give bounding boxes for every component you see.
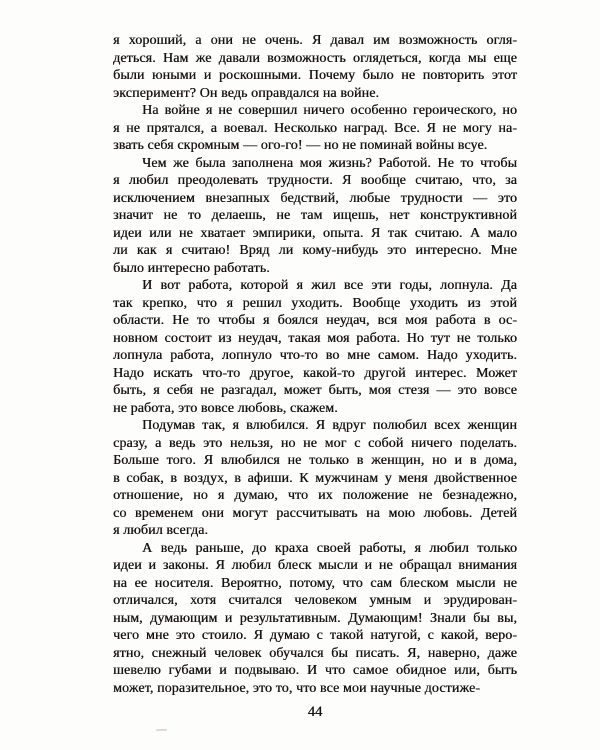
text-line: лопнула работа, лопнуло что-то во мне са… (113, 347, 517, 365)
text-line: Чем же была заполнена моя жизнь? Работой… (113, 155, 517, 173)
text-line: шевелю губами и подвываю. И что самое об… (113, 662, 517, 680)
text-line: деться. Нам же давали возможность огляде… (113, 50, 517, 68)
text-line: Подумав так, я влюбился. Я вдруг полюбил… (113, 417, 517, 435)
text-line: звать себя скромным — ого-го! — но не по… (113, 137, 517, 155)
text-line: области. Не то чтобы я боялся неудач, вс… (113, 312, 517, 330)
text-line: я любил преодолевать трудности. Я вообще… (113, 172, 517, 190)
page-number: 44 (113, 704, 517, 721)
book-page: я хороший, а они не очень. Я давал им во… (0, 0, 600, 750)
text-line: на ее носителя. Вероятно, потому, что са… (113, 575, 517, 593)
text-line: я любил всегда. (113, 522, 517, 540)
text-line: были юными и роскошными. Почему было не … (113, 67, 517, 85)
text-line: На войне я не совершил ничего особенно г… (113, 102, 517, 120)
text-line: эксперимент? Он ведь оправдался на войне… (113, 85, 517, 103)
text-line: А ведь раньше, до краха своей работы, я … (113, 540, 517, 558)
text-line: ным, думающим и результативным. Думающим… (113, 610, 517, 628)
text-line: я не прятался, а воевал. Несколько награ… (113, 120, 517, 138)
page-text: я хороший, а они не очень. Я давал им во… (113, 32, 517, 697)
text-line: значит не то делаешь, не там ищешь, нет … (113, 207, 517, 225)
text-line: идеи или не хватает эмпирики, опыта. Я т… (113, 225, 517, 243)
text-line: так крепко, что я решил уходить. Вообще … (113, 295, 517, 313)
scan-smudge-artifact (156, 729, 167, 731)
text-line: со временем они могут рассчитывать на мо… (113, 505, 517, 523)
text-line: в собак, в воздух, в афиши. К мужчинам у… (113, 470, 517, 488)
text-line: новном состоит из неудач, такая моя рабо… (113, 330, 517, 348)
text-line: идеи и законы. Я любил блеск мысли и не … (113, 557, 517, 575)
text-line: ятно, снежный человек обучался бы писать… (113, 645, 517, 663)
text-line: ли как я считаю! Вряд ли кому-нибудь это… (113, 242, 517, 260)
text-line: Надо искать что-то другое, какой-то друг… (113, 365, 517, 383)
text-line: сразу, а ведь это нельзя, но не мог с со… (113, 435, 517, 453)
text-line: я хороший, а они не очень. Я давал им во… (113, 32, 517, 50)
text-line: может, поразительное, это то, что все мо… (113, 680, 517, 698)
text-line: чего мне это стоило. Я думаю с такой нат… (113, 627, 517, 645)
text-line: было интересно работать. (113, 260, 517, 278)
text-line: отношение, но я думаю, что их положение … (113, 487, 517, 505)
text-line: быть, я себя не разгадал, может быть, мо… (113, 382, 517, 400)
text-line: исключением внезапных бедствий, любые тр… (113, 190, 517, 208)
text-line: И вот работа, которой я жил все эти годы… (113, 277, 517, 295)
text-line: Больше того. Я влюбился не только в женщ… (113, 452, 517, 470)
text-line: отличался, хотя считался человеком умным… (113, 592, 517, 610)
text-line: не работа, это вовсе любовь, скажем. (113, 400, 517, 418)
